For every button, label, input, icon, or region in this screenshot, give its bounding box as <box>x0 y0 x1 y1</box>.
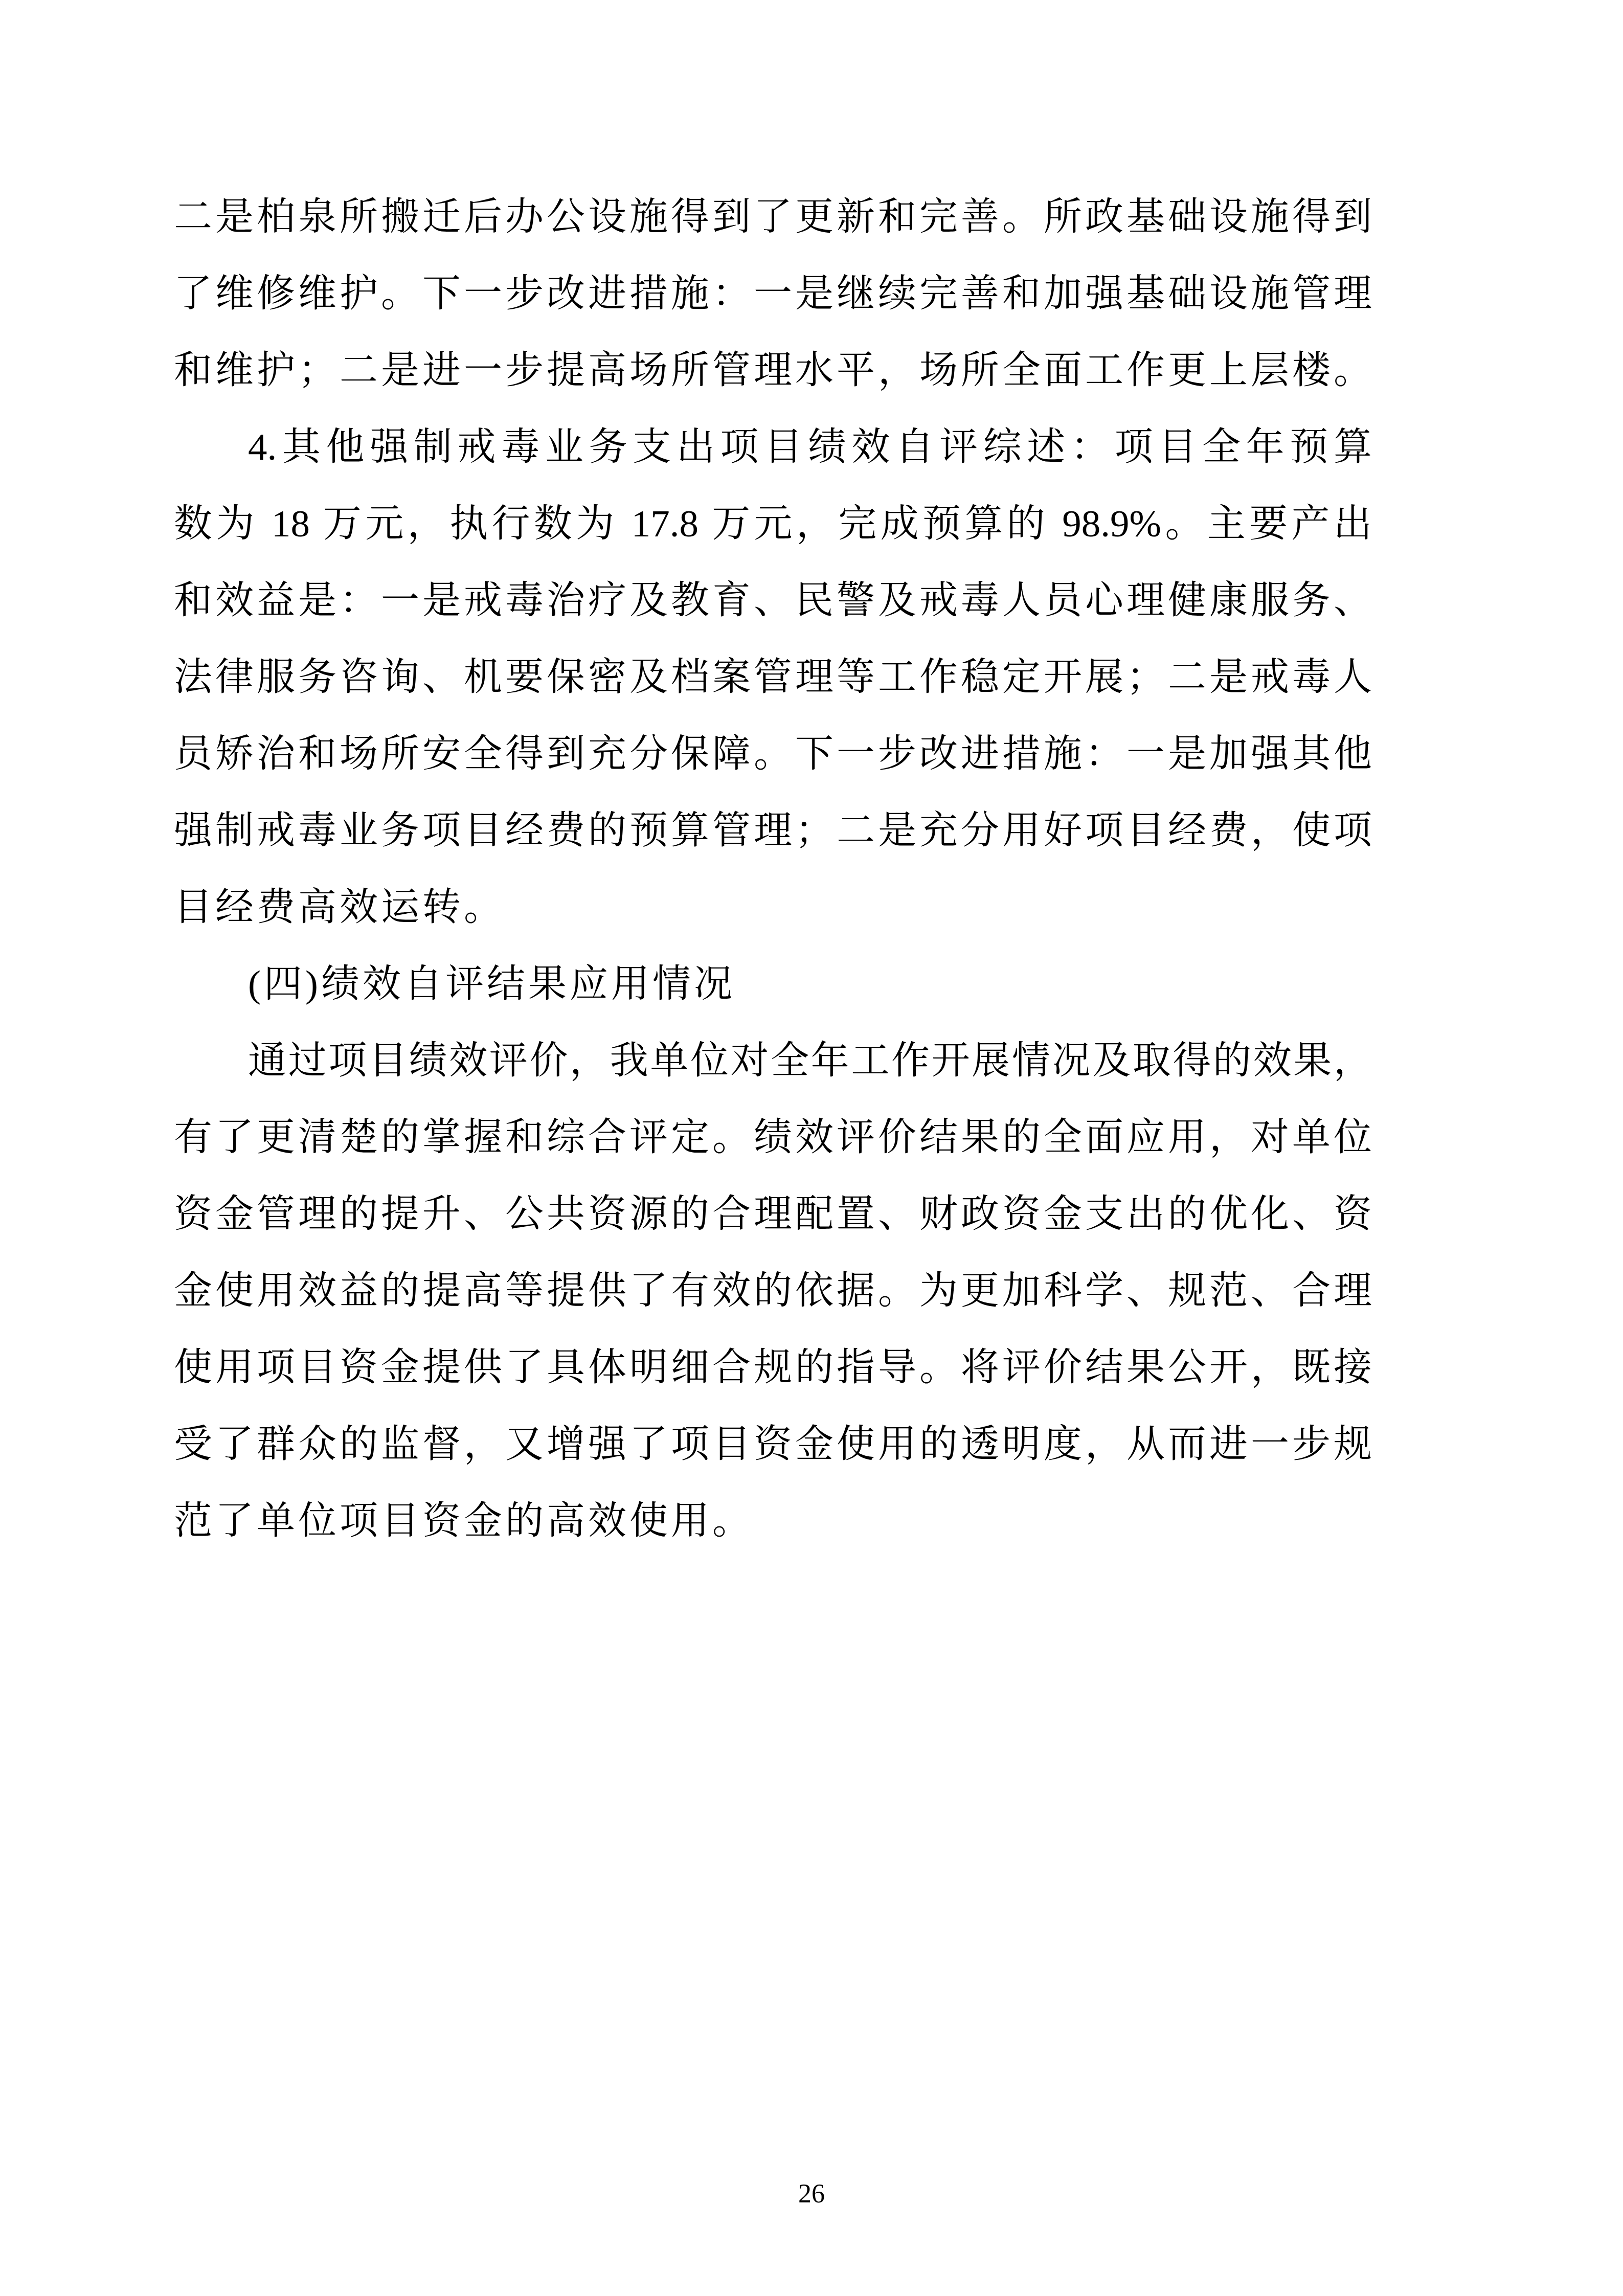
text-line: 法律服务咨询、机要保密及档案管理等工作稳定开展；二是戒毒人 <box>174 639 1372 716</box>
text-line: 数为 18 万元，执行数为 17.8 万元，完成预算的 98.9%。主要产出 <box>174 486 1372 562</box>
text-line: 和维护；二是进一步提高场所管理水平，场所全面工作更上层楼。 <box>174 332 1372 409</box>
text-line: 强制戒毒业务项目经费的预算管理；二是充分用好项目经费，使项 <box>174 793 1372 869</box>
paragraph-continuation-item2: 二是柏泉所搬迁后办公设施得到了更新和完善。所政基础设施得到了维修维护。下一步改进… <box>174 179 1372 409</box>
heading-section-four: (四)绩效自评结果应用情况 <box>174 946 1372 1023</box>
text-line: 有了更清楚的掌握和综合评定。绩效评价结果的全面应用，对单位 <box>174 1099 1372 1176</box>
document-body: 二是柏泉所搬迁后办公设施得到了更新和完善。所政基础设施得到了维修维护。下一步改进… <box>174 179 1372 1560</box>
text-line: 范了单位项目资金的高效使用。 <box>174 1483 1372 1560</box>
text-line: 通过项目绩效评价，我单位对全年工作开展情况及取得的效果， <box>174 1023 1372 1099</box>
text-line: 了维修维护。下一步改进措施：一是继续完善和加强基础设施管理 <box>174 256 1372 332</box>
text-line: 使用项目资金提供了具体明细合规的指导。将评价结果公开，既接 <box>174 1330 1372 1406</box>
text-line: 和效益是：一是戒毒治疗及教育、民警及戒毒人员心理健康服务、 <box>174 562 1372 639</box>
text-line: 员矫治和场所安全得到充分保障。下一步改进措施：一是加强其他 <box>174 716 1372 793</box>
document-page: 二是柏泉所搬迁后办公设施得到了更新和完善。所政基础设施得到了维修维护。下一步改进… <box>0 0 1623 2296</box>
text-line: 二是柏泉所搬迁后办公设施得到了更新和完善。所政基础设施得到 <box>174 179 1372 256</box>
text-line: 4.其他强制戒毒业务支出项目绩效自评综述：项目全年预算 <box>174 409 1372 486</box>
text-line: 目经费高效运转。 <box>174 869 1372 946</box>
text-line: 金使用效益的提高等提供了有效的依据。为更加科学、规范、合理 <box>174 1253 1372 1330</box>
paragraph-result-application: 通过项目绩效评价，我单位对全年工作开展情况及取得的效果，有了更清楚的掌握和综合评… <box>174 1023 1372 1560</box>
paragraph-item4-summary: 4.其他强制戒毒业务支出项目绩效自评综述：项目全年预算数为 18 万元，执行数为… <box>174 409 1372 946</box>
text-line: 资金管理的提升、公共资源的合理配置、财政资金支出的优化、资 <box>174 1176 1372 1253</box>
text-line: 受了群众的监督，又增强了项目资金使用的透明度，从而进一步规 <box>174 1406 1372 1483</box>
page-number: 26 <box>0 2179 1623 2209</box>
text-line: (四)绩效自评结果应用情况 <box>174 946 1372 1023</box>
